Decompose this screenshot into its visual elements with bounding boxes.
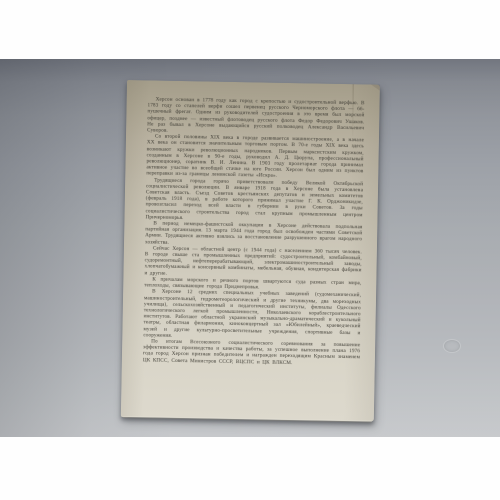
postcard-text: Херсон основан в 1778 году как город с к… xyxy=(143,96,365,367)
paragraph-industry: Сейчас Херсон — областной центр (с 1944 … xyxy=(144,245,362,280)
corner-fold xyxy=(371,84,380,90)
paragraph-19th-century: Со второй половины XIX века в городе раз… xyxy=(146,134,364,181)
paragraph-revolution: Трудящиеся города горячо приветствовали … xyxy=(145,177,363,224)
surface-spot xyxy=(443,339,461,353)
paragraph-history-founding: Херсон основан в 1778 году как город с к… xyxy=(147,96,365,137)
paragraph-education-culture: В Херсоне 12 средних специальных учебных… xyxy=(143,289,361,343)
paragraph-award: По итогам Всесоюзного социалистического … xyxy=(143,338,360,367)
postcard-back: Херсон основан в 1778 году как город с к… xyxy=(121,80,380,422)
scan-page: Херсон основан в 1778 году как город с к… xyxy=(0,0,500,500)
photo-of-postcard: Херсон основан в 1778 году как город с к… xyxy=(0,59,500,437)
